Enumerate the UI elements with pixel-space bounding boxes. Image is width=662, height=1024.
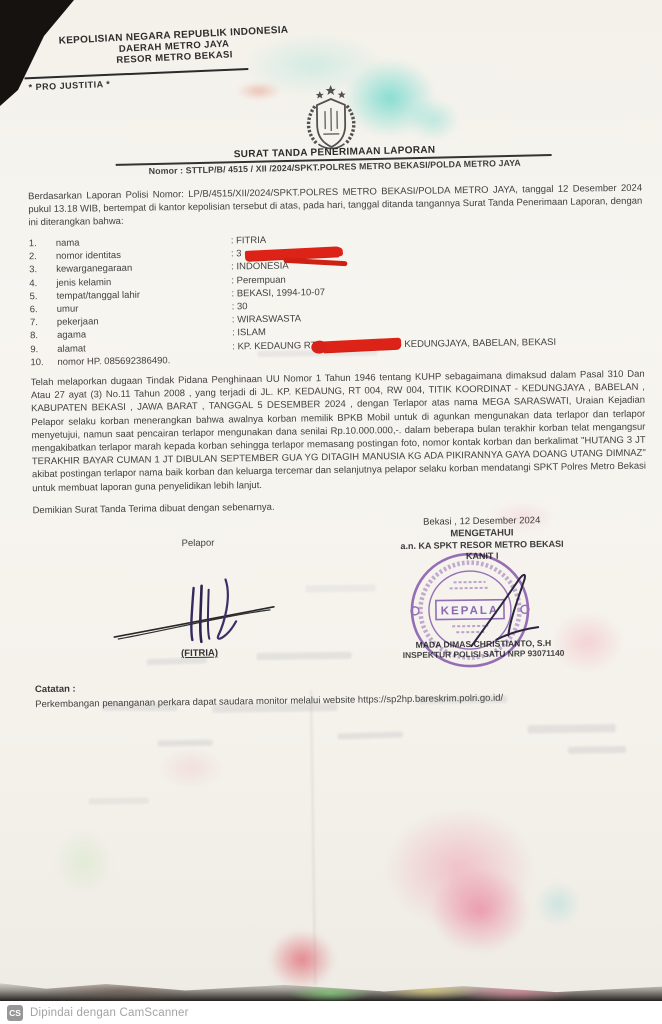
- field-no: 7.: [30, 316, 57, 330]
- field-value-text: : 30: [232, 301, 248, 312]
- field-no: 9.: [30, 342, 57, 356]
- stain-teal-small: [407, 98, 460, 141]
- stain-green: [54, 828, 113, 895]
- stain-red-speck: [237, 83, 281, 100]
- field-value-text: : Perempuan: [231, 274, 286, 286]
- field-value-text: : WIRASWASTA: [232, 314, 301, 326]
- field-value-text: : ISLAM: [232, 327, 266, 338]
- redaction-scribble-id: [244, 246, 342, 261]
- field-value-text: : KP. KEDAUNG RT: [232, 340, 316, 352]
- stain-pink-5: [158, 747, 225, 790]
- paper-stains: [0, 0, 659, 5]
- officer-signature-ink: [425, 553, 567, 665]
- field-no: 6.: [30, 303, 57, 317]
- field-no: 3.: [29, 263, 56, 277]
- field-value-text2: KEDUNGJAYA, BABELAN, BEKASI: [404, 336, 556, 349]
- scanned-document-page: KEPOLISIAN NEGARA REPUBLIK INDONESIA DAE…: [0, 0, 662, 1024]
- stain-pink-4: [430, 867, 531, 953]
- stain-red-blob: [268, 930, 335, 989]
- document-paper: KEPOLISIAN NEGARA REPUBLIK INDONESIA DAE…: [0, 0, 662, 1024]
- stain-teal-bottom: [535, 882, 582, 927]
- field-value-text: : FITRIA: [231, 235, 267, 246]
- field-no: 8.: [30, 329, 57, 343]
- bleedthrough-marks: [0, 0, 659, 5]
- ghost-mark: [306, 584, 376, 592]
- field-no: 2.: [29, 250, 56, 264]
- reporter-signature-ink: [105, 571, 286, 658]
- field-label: alamat: [57, 340, 232, 356]
- polri-emblem-icon: [301, 84, 362, 153]
- field-no: 10.: [30, 356, 57, 370]
- field-no: 4.: [29, 276, 56, 290]
- ghost-mark: [158, 740, 213, 747]
- ghost-mark: [568, 746, 626, 754]
- field-value-text: : INDONESIA: [231, 261, 289, 273]
- reporter-signature-block: Pelapor (FITRIA): [123, 537, 273, 550]
- field-value-text: : 3: [231, 248, 242, 259]
- redaction-scribble-address: [319, 337, 401, 352]
- ghost-mark: [528, 724, 616, 733]
- ghost-mark: [338, 731, 403, 739]
- report-body-paragraph: Telah melaporkan dugaan Tindak Pidana Pe…: [31, 368, 647, 495]
- notes-label: Catatan :: [35, 684, 76, 696]
- camscanner-logo-icon: CS: [7, 1005, 23, 1021]
- intro-paragraph: Berdasarkan Laporan Polisi Nomor: LP/B/4…: [28, 182, 642, 230]
- pro-justitia-label: * PRO JUSTITIA *: [28, 79, 110, 92]
- field-no: 5.: [29, 290, 56, 304]
- camscanner-caption: Dipindai dengan CamScanner: [30, 1007, 189, 1019]
- field-value-text: : BEKASI, 1994-10-07: [231, 287, 325, 299]
- reporter-fields: 1. nama : FITRIA 2. nomor identitas : 3 …: [29, 229, 637, 369]
- field-no: 1.: [29, 237, 56, 251]
- reporter-role-label: Pelapor: [123, 537, 273, 550]
- camscanner-footer: CS Dipindai dengan CamScanner: [0, 1001, 662, 1024]
- letterhead-rule: [24, 68, 248, 79]
- field-label: nomor HP. 085692386490.: [57, 354, 170, 369]
- ghost-mark: [89, 798, 149, 805]
